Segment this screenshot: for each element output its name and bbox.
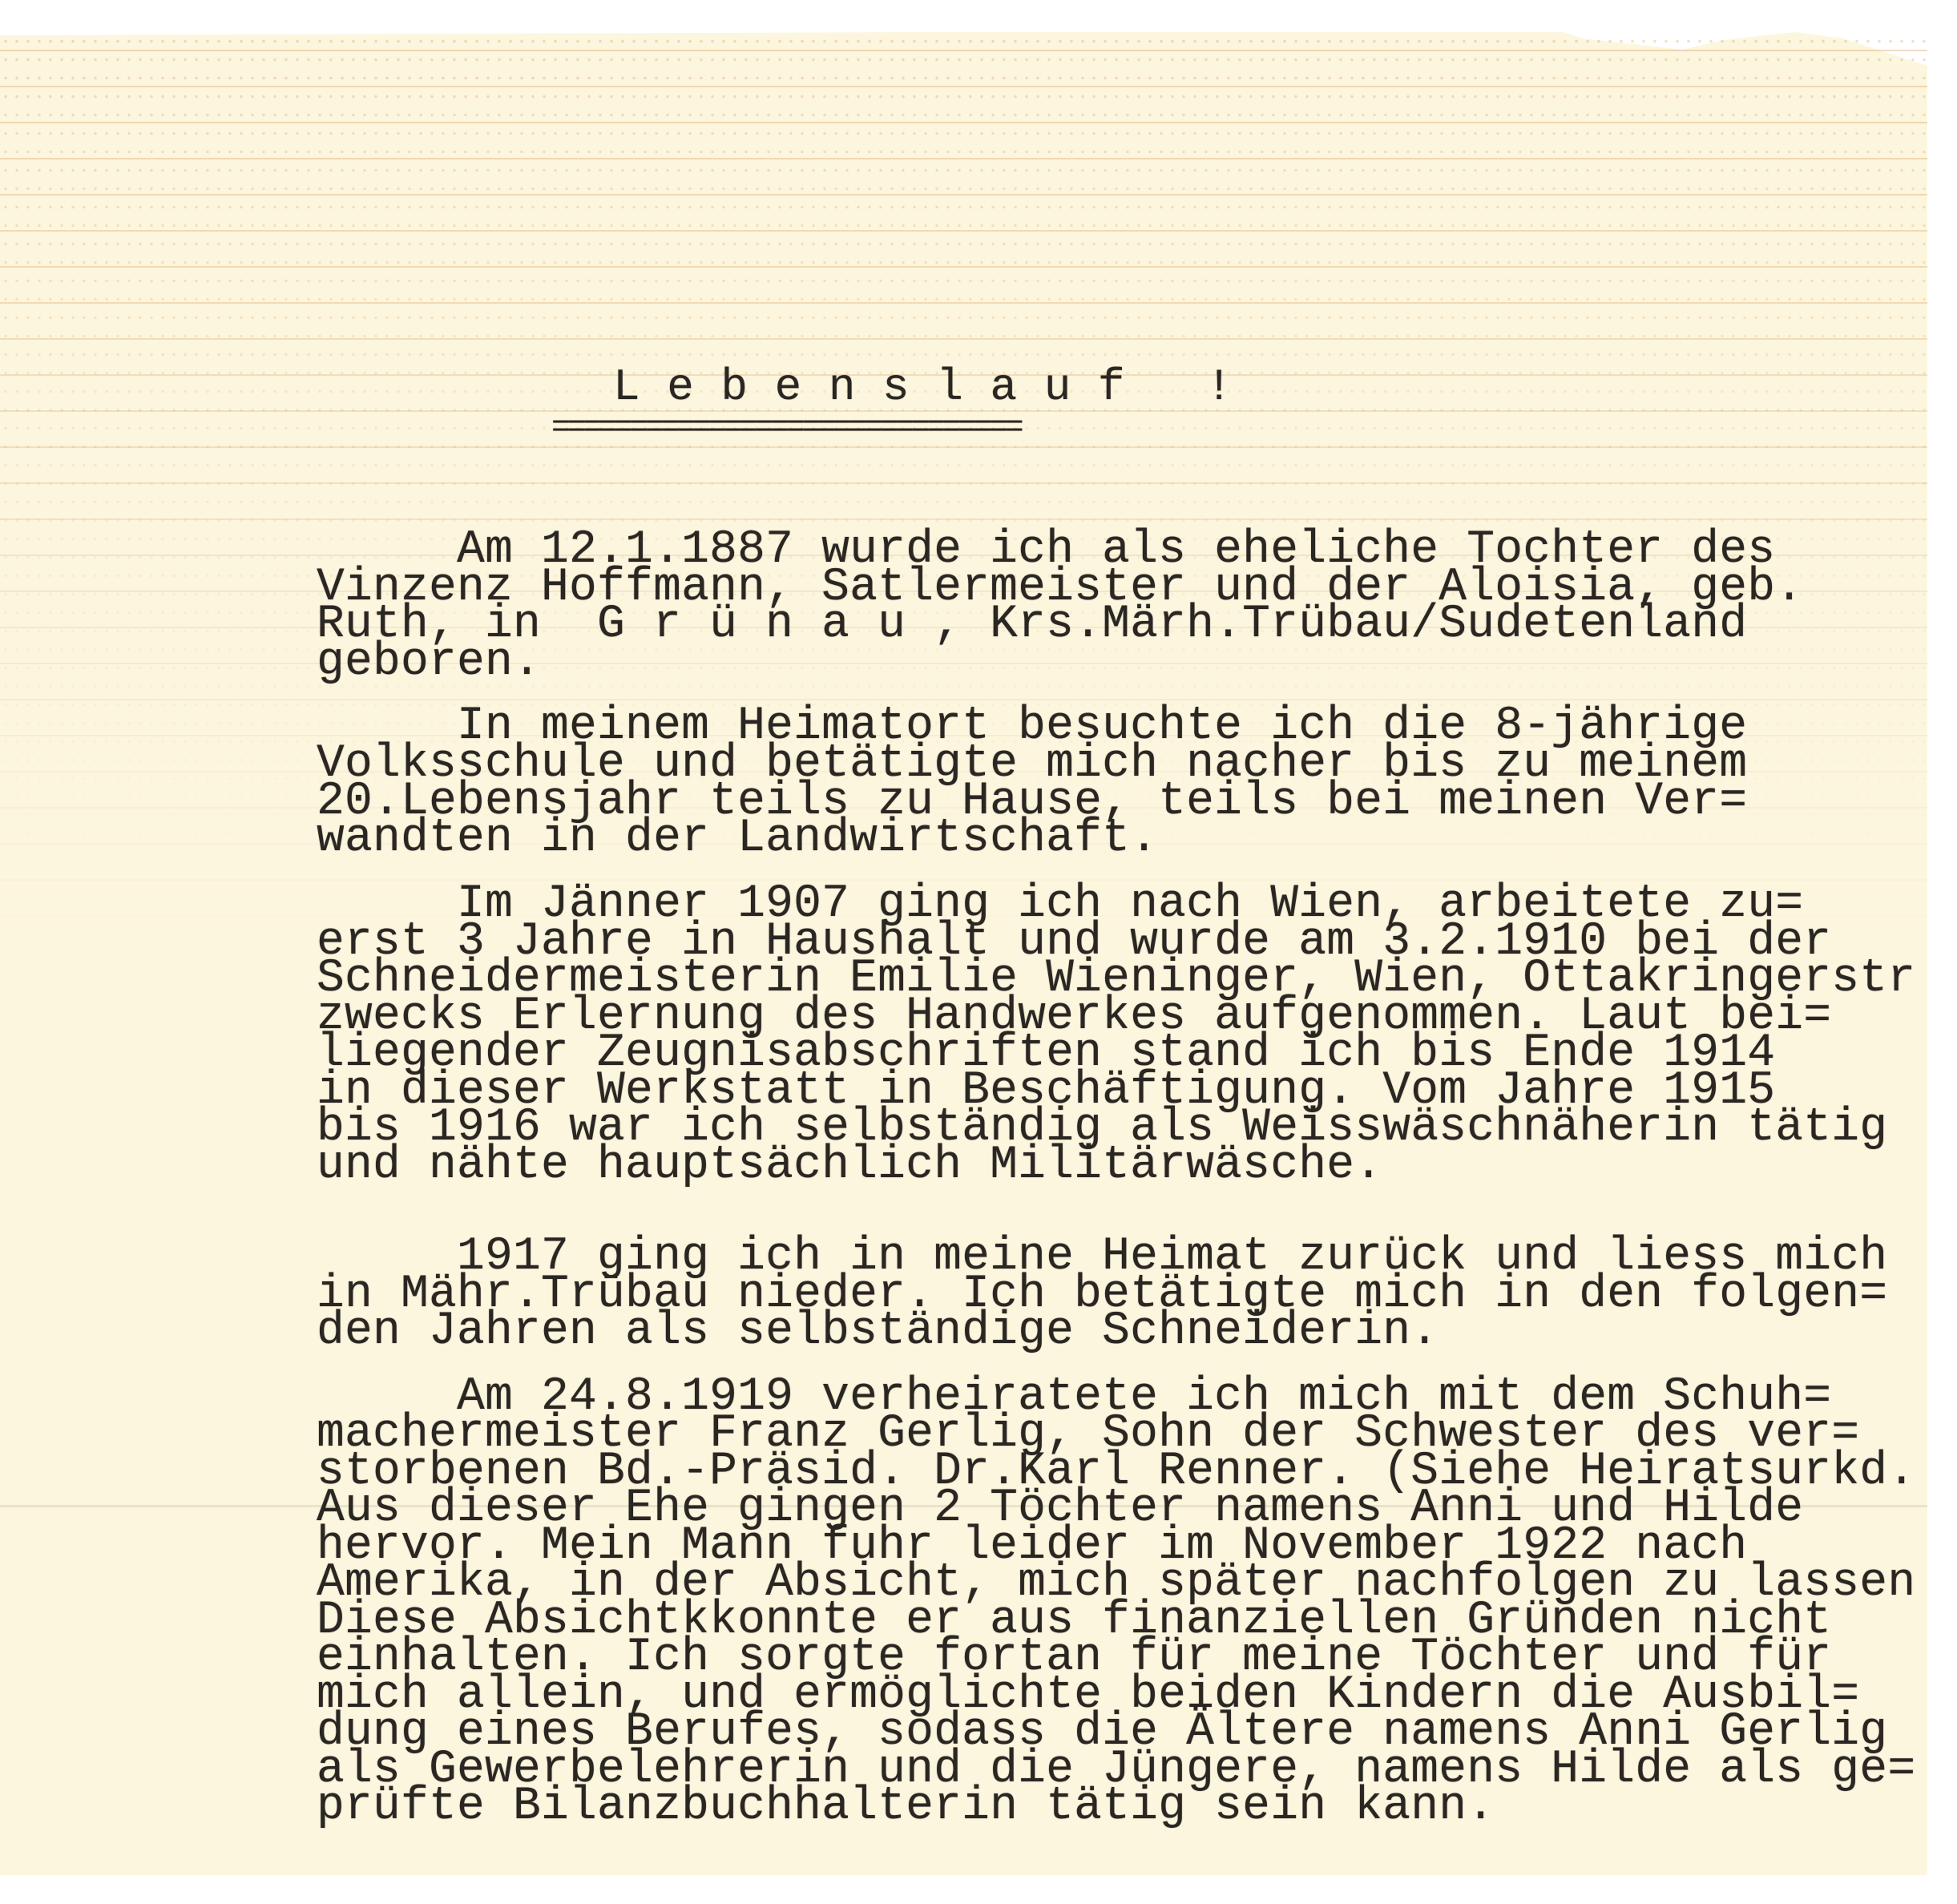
- typewritten-document: L e b e n s l a u f ! ==================…: [0, 0, 1957, 1904]
- document-title: L e b e n s l a u f !: [613, 365, 1233, 409]
- text-line: den Jahren als selbständige Schneiderin.: [317, 1309, 1438, 1355]
- title-underline: ==============================: [551, 413, 1020, 445]
- text-line: und nähte hauptsächlich Militärwäsche.: [317, 1143, 1382, 1189]
- text-line: wandten in der Landwirtschaft.: [317, 816, 1158, 862]
- text-line: prüfte Bilanzbuchhalterin tätig sein kan…: [317, 1784, 1495, 1830]
- text-line: geboren.: [317, 639, 541, 686]
